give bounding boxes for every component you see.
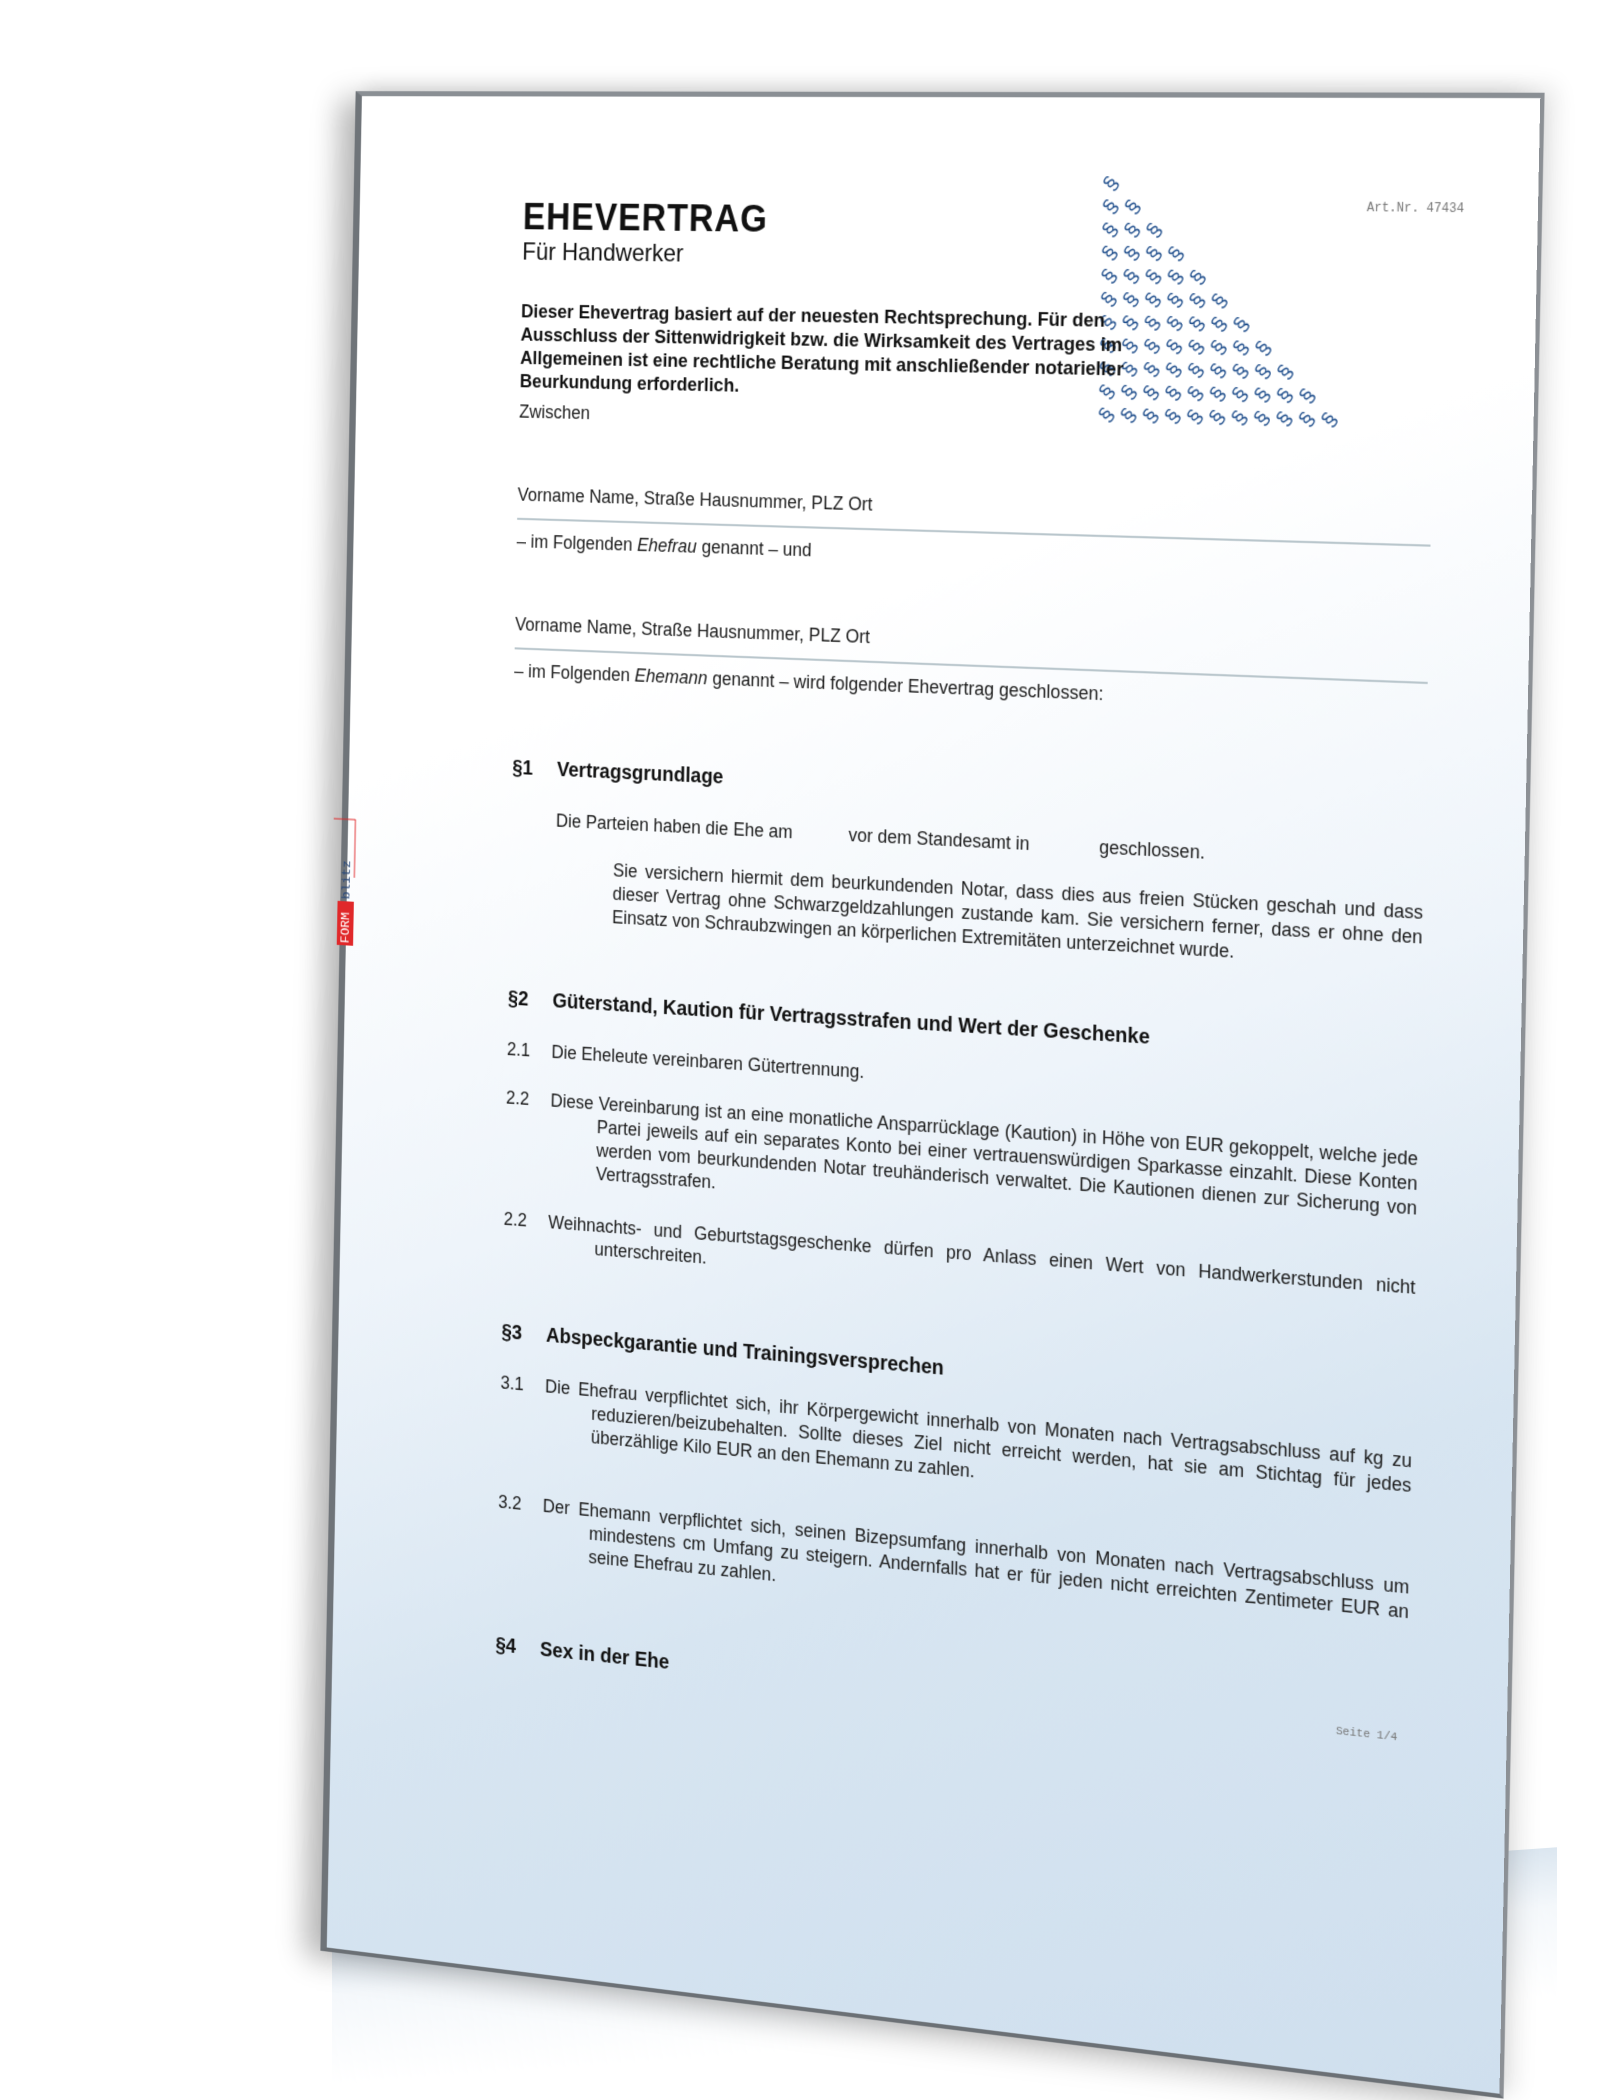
svg-text:§: §: [1186, 266, 1211, 289]
section-3-title: Abspeckgarantie und Trainingsversprechen: [546, 1324, 944, 1380]
party2-address: Vorname Name, Straße Hausnummer, PLZ Ort: [515, 613, 870, 649]
party1-role-suffix: genannt – und: [697, 536, 812, 560]
section-1-heading: §1Vertragsgrundlage: [512, 757, 723, 790]
section-4-number: §4: [495, 1634, 540, 1662]
section-1-paragraph: Sie versichern hiermit dem beurkundenden…: [612, 859, 1423, 975]
svg-text:§: §: [1207, 336, 1232, 359]
party1-role-prefix: – im Folgenden: [517, 531, 638, 555]
svg-text:§: §: [1229, 336, 1254, 359]
intro-notice: Dieser Ehevertrag basiert auf der neuest…: [520, 299, 1139, 405]
svg-text:§: §: [1207, 313, 1232, 336]
between-label: Zwischen: [519, 400, 590, 425]
clause-number: 2.1: [507, 1038, 531, 1063]
svg-text:§: §: [1117, 404, 1141, 427]
party1-role-name: Ehefrau: [637, 535, 697, 557]
document-title: EHEVERTRAG: [523, 196, 769, 241]
svg-text:§: §: [1099, 172, 1123, 195]
section-2-number: §2: [508, 987, 553, 1013]
svg-text:§: §: [1250, 383, 1275, 406]
svg-text:§: §: [1228, 360, 1253, 383]
registry-office-label: vor dem Standesamt in: [848, 825, 1030, 855]
section-1-lead: Die Parteien haben die Ehe am vor dem St…: [556, 809, 1299, 869]
svg-text:§: §: [1273, 384, 1298, 407]
svg-text:§: §: [1120, 242, 1145, 265]
section-3-heading: §3Abspeckgarantie und Trainingsversprech…: [501, 1321, 944, 1381]
svg-text:§: §: [1206, 359, 1231, 382]
svg-text:§: §: [1183, 405, 1208, 428]
svg-text:§: §: [1185, 312, 1210, 335]
section-2-title: Güterstand, Kaution für Vertragsstrafen …: [552, 990, 1150, 1049]
svg-text:§: §: [1162, 358, 1187, 381]
svg-text:§: §: [1120, 219, 1145, 242]
svg-text:§: §: [1140, 312, 1165, 335]
svg-text:§: §: [1295, 384, 1320, 407]
party2-role-prefix: – im Folgenden: [514, 660, 635, 685]
svg-text:§: §: [1205, 406, 1230, 429]
svg-text:§: §: [1164, 242, 1189, 265]
svg-text:§: §: [1295, 408, 1320, 431]
section-1-title: Vertragsgrundlage: [557, 759, 724, 789]
svg-text:§: §: [1139, 381, 1164, 404]
svg-text:§: §: [1098, 242, 1122, 265]
page-number: Seite 1/4: [1336, 1725, 1398, 1744]
section-4-heading: §4Sex in der Ehe: [495, 1634, 669, 1675]
svg-text:§: §: [1119, 265, 1144, 288]
document-page: EHEVERTRAG Für Handwerker Art.Nr. 47434 …: [320, 91, 1544, 2098]
svg-text:§: §: [1139, 404, 1164, 427]
svg-text:§: §: [1164, 266, 1189, 289]
formblitz-logo-icon: FORMblitz: [329, 817, 357, 948]
party2-role-name: Ehemann: [635, 665, 708, 688]
svg-text:§: §: [1162, 335, 1187, 358]
svg-text:§: §: [1207, 289, 1232, 312]
section-3-number: §3: [501, 1321, 546, 1348]
party1-address: Vorname Name, Straße Hausnummer, PLZ Ort: [517, 483, 872, 516]
svg-text:§: §: [1098, 404, 1119, 427]
clause-text: Die Ehefrau verpflichtet sich, ihr Körpe…: [499, 1371, 1412, 1523]
svg-text:§: §: [1161, 405, 1186, 428]
svg-text:§: §: [1141, 288, 1166, 311]
svg-text:§: §: [1206, 383, 1231, 406]
section-4-title: Sex in der Ehe: [540, 1638, 670, 1674]
article-number: Art.Nr. 47434: [1367, 201, 1465, 217]
svg-text:§: §: [1229, 313, 1254, 336]
svg-text:§: §: [1140, 335, 1165, 358]
svg-text:§: §: [1142, 242, 1167, 265]
svg-text:§: §: [1141, 265, 1166, 288]
concluded-label: geschlossen.: [1099, 837, 1205, 863]
svg-text:§: §: [1183, 382, 1208, 405]
svg-text:§: §: [1184, 336, 1209, 359]
svg-text:FORM: FORM: [339, 912, 353, 944]
party1-role: – im Folgenden Ehefrau genannt – und: [516, 530, 811, 563]
svg-text:§: §: [1163, 289, 1188, 312]
svg-text:§: §: [1250, 407, 1275, 430]
svg-text:§: §: [1251, 360, 1276, 383]
party2-role-suffix: genannt – wird folgender Ehevertrag gesc…: [707, 668, 1103, 704]
section-2-heading: §2Güterstand, Kaution für Vertragsstrafe…: [508, 987, 1150, 1050]
section-1-number: §1: [512, 757, 557, 782]
svg-text:§: §: [1273, 360, 1298, 383]
svg-text:§: §: [1272, 407, 1297, 430]
marriage-date-label: Die Parteien haben die Ehe am: [556, 810, 793, 842]
svg-text:§: §: [1098, 265, 1122, 288]
svg-text:blitz: blitz: [339, 860, 353, 900]
document-stage: EHEVERTRAG Für Handwerker Art.Nr. 47434 …: [0, 0, 1600, 2100]
svg-text:§: §: [1185, 289, 1210, 312]
svg-text:§: §: [1227, 406, 1252, 429]
svg-text:§: §: [1099, 195, 1123, 218]
svg-text:§: §: [1098, 218, 1122, 241]
svg-text:§: §: [1142, 219, 1167, 242]
svg-text:§: §: [1251, 337, 1276, 360]
svg-text:§: §: [1184, 359, 1209, 382]
svg-text:§: §: [1228, 383, 1253, 406]
svg-text:§: §: [1161, 382, 1186, 405]
svg-text:§: §: [1163, 312, 1188, 335]
svg-text:§: §: [1121, 195, 1146, 218]
svg-text:§: §: [1317, 408, 1342, 432]
document-subtitle: Für Handwerker: [522, 238, 684, 268]
svg-text:§: §: [1140, 358, 1165, 381]
